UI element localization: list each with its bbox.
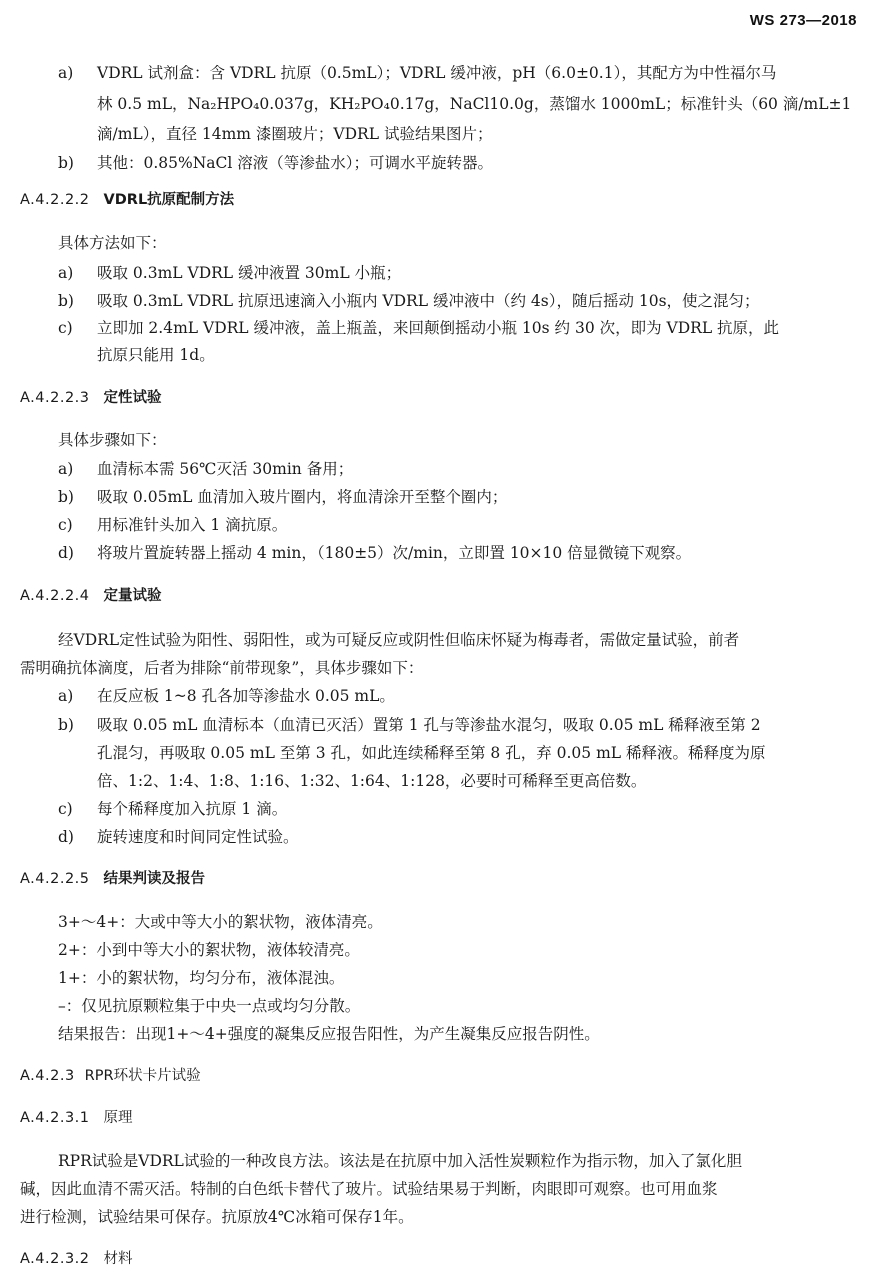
list-item-text: 将玻片置旋转器上摇动 4 min，（180±5）次/min，立即置 10×10 … (97, 543, 691, 563)
list-item-marker: a) (58, 686, 73, 706)
list-item-marker: b) (58, 715, 74, 735)
result-grade-line: 1+：小的絮状物，均匀分布，液体混浊。 (58, 968, 344, 988)
list-item-text: 吸取 0.3mL VDRL 缓冲液置 30mL 小瓶； (97, 263, 401, 283)
section-intro: 具体方法如下： (58, 233, 167, 253)
section-heading: A.4.2.2.4定量试验 (20, 586, 162, 606)
list-item-text: 每个稀释度加入抗原 1 滴。 (97, 799, 287, 819)
paragraph-line: 需明确抗体滴度，后者为排除“前带现象”，具体步骤如下： (20, 658, 423, 678)
list-item-text: 滴/mL），直径 14mm 漆圈玻片；VDRL 试验结果图片； (97, 124, 492, 144)
section-heading: A.4.2.2.3定性试验 (20, 388, 162, 408)
list-item-marker: d) (58, 827, 74, 847)
section-heading: A.4.2.3.2材料 (20, 1249, 133, 1269)
list-item-text: 孔混匀，再吸取 0.05 mL 至第 3 孔，如此连续稀释至第 8 孔，弃 0.… (97, 743, 766, 763)
result-grade-line: –：仅见抗原颗粒集于中央一点或均匀分散。 (58, 996, 360, 1016)
list-item-marker: b) (58, 291, 74, 311)
paragraph-line: RPR试验是VDRL试验的一种改良方法。该法是在抗原中加入活性炭颗粒作为指示物，… (58, 1151, 742, 1171)
paragraph-line: 经VDRL定性试验为阳性、弱阳性，或为可疑反应或阴性但临床怀疑为梅毒者，需做定量… (58, 630, 739, 650)
list-item-text: 在反应板 1~8 孔各加等渗盐水 0.05 mL。 (97, 686, 395, 706)
list-item-text: 吸取 0.05mL 血清加入玻片圈内，将血清涂开至整个圈内； (97, 487, 507, 507)
section-title: 定性试验 (104, 390, 162, 406)
section-title: 材料 (104, 1251, 133, 1267)
list-item-marker: c) (58, 515, 73, 535)
list-item-text: 旋转速度和时间同定性试验。 (97, 827, 299, 847)
result-report-line: 结果报告：出现1+～4+强度的凝集反应报告阳性，为产生凝集反应报告阴性。 (58, 1024, 600, 1044)
section-title: VDRL抗原配制方法 (104, 192, 235, 208)
list-item-marker: d) (58, 543, 74, 563)
result-grade-line: 3+～4+：大或中等大小的絮状物，液体清亮。 (58, 912, 383, 932)
section-title: 定量试验 (104, 588, 162, 604)
section-heading: A.4.2.2.2VDRL抗原配制方法 (20, 190, 234, 210)
section-number: A.4.2.3 (20, 1068, 75, 1084)
section-title: RPR环状卡片试验 (85, 1068, 201, 1084)
list-item-marker: c) (58, 799, 73, 819)
section-number: A.4.2.3.2 (20, 1251, 90, 1267)
paragraph-line: 进行检测，试验结果可保存。抗原放4℃冰箱可保存1年。 (20, 1207, 414, 1227)
list-item-text: 抗原只能用 1d。 (97, 345, 215, 365)
list-item-text: 其他：0.85%NaCl 溶液（等渗盐水）；可调水平旋转器。 (97, 153, 493, 173)
section-number: A.4.2.3.1 (20, 1110, 90, 1126)
list-item-marker: c) (58, 318, 73, 338)
list-item-text: 倍、1:2、1:4、1:8、1:16、1:32、1:64、1:128，必要时可稀… (97, 771, 646, 791)
section-heading: A.4.2.3.1原理 (20, 1108, 133, 1128)
list-item-text: 吸取 0.05 mL 血清标本（血清已灭活）置第 1 孔与等渗盐水混匀，吸取 0… (97, 715, 761, 735)
result-grade-line: 2+：小到中等大小的絮状物，液体较清亮。 (58, 940, 360, 960)
section-heading: A.4.2.2.5结果判读及报告 (20, 869, 205, 889)
section-heading: A.4.2.3RPR环状卡片试验 (20, 1066, 201, 1086)
list-item-text: 吸取 0.3mL VDRL 抗原迅速滴入小瓶内 VDRL 缓冲液中（约 4s），… (97, 291, 760, 311)
section-number: A.4.2.2.2 (20, 192, 90, 208)
list-item-text: VDRL 试剂盒：含 VDRL 抗原（0.5mL）；VDRL 缓冲液，pH（6.… (97, 63, 776, 83)
section-number: A.4.2.2.5 (20, 871, 90, 887)
list-item-marker: a) (58, 263, 73, 283)
list-item-marker: a) (58, 63, 73, 83)
section-number: A.4.2.2.3 (20, 390, 90, 406)
list-item-marker: b) (58, 487, 74, 507)
section-intro: 具体步骤如下： (58, 430, 167, 450)
section-title: 原理 (104, 1110, 133, 1126)
section-number: A.4.2.2.4 (20, 588, 90, 604)
list-item-text: 血清标本需 56℃灭活 30min 备用； (97, 459, 353, 479)
paragraph-line: 碱，因此血清不需灭活。特制的白色纸卡替代了玻片。试验结果易于判断，肉眼即可观察。… (20, 1179, 718, 1199)
list-item-text: 立即加 2.4mL VDRL 缓冲液，盖上瓶盖，来回颠倒摇动小瓶 10s 约 3… (97, 318, 779, 338)
list-item-text: 用标准针头加入 1 滴抗原。 (97, 515, 287, 535)
list-item-marker: a) (58, 459, 73, 479)
list-item-marker: b) (58, 153, 74, 173)
section-title: 结果判读及报告 (104, 871, 206, 887)
list-item-text: 林 0.5 mL，Na₂HPO₄0.037g，KH₂PO₄0.17g，NaCl1… (97, 94, 851, 114)
document-id-header: WS 273—2018 (750, 12, 857, 29)
